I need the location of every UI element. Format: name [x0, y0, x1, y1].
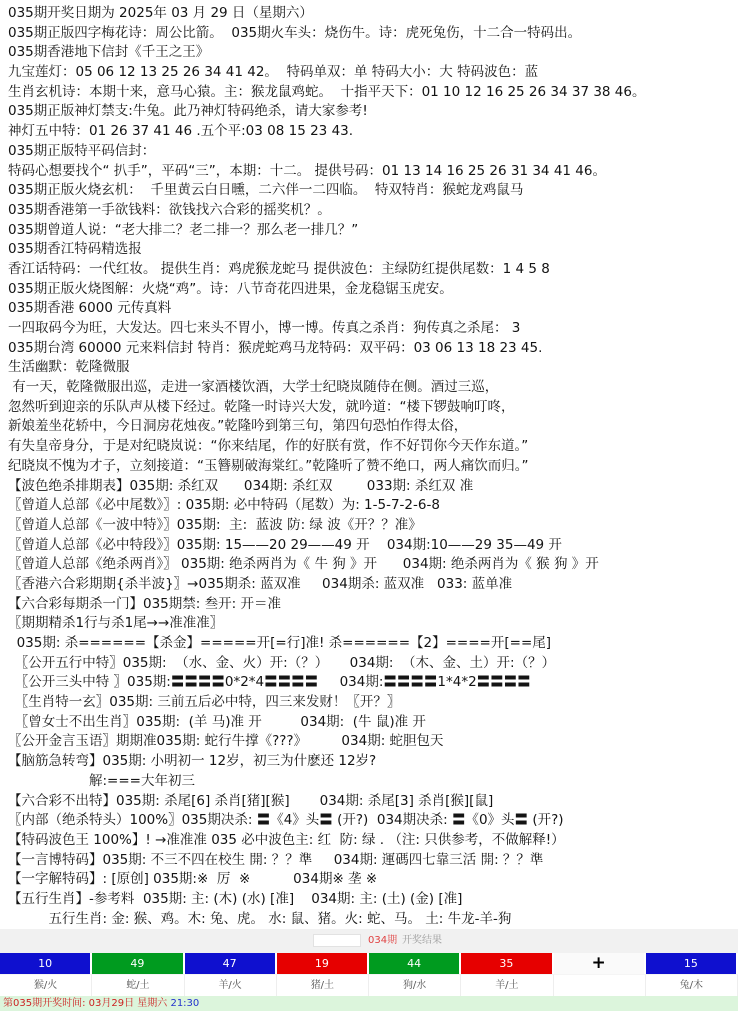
result-ball-column: 19猪/土: [277, 953, 369, 996]
text-line: 生肖玄机诗：本期十来，意马心猿。主：猴龙鼠鸡蛇。 十指平天下：01 10 12 …: [8, 83, 738, 103]
ball-zodiac-label: 猪/土: [277, 974, 369, 996]
text-line: 【脑筋急转弯】035期: 小明初一 12岁，初三为什麽还 12岁?: [8, 752, 738, 772]
text-line: 035期开奖日期为 2025年 03 月 29 日（星期六）: [8, 4, 738, 24]
text-line: 〖曾道人总部《必中尾数》〗: 035期: 必中特码（尾数）为: 1-5-7-2-…: [8, 496, 738, 516]
text-line: 忽然听到迎亲的乐队声从楼下经过。乾隆一时诗兴大发，就吟道：“楼下锣鼓响叮咚，: [8, 398, 738, 418]
text-line: 〖曾女士不出生肖〗035期: (羊 马)准 开 034期: (牛 鼠)准 开: [8, 713, 738, 733]
text-line: 香江话特码：一代红妆。 提供生肖：鸡虎猴龙蛇马 提供波色：主绿防红提供尾数：1 …: [8, 260, 738, 280]
text-line: 035期香江特码精选报: [8, 240, 738, 260]
text-line: 【波色绝杀排期表】035期: 杀红双 034期: 杀红双 033期: 杀红双 准: [8, 477, 738, 497]
result-ball-bar: 10猴/火49蛇/土47羊/火19猪/土44狗/水35羊/土+15兔/木: [0, 953, 738, 996]
text-line: 纪晓岚不愧为才子，立刻接道：“玉簪剔破海棠红。”乾隆听了赞不绝口，两人痛饮而归。…: [8, 457, 738, 477]
text-line: 〖内部（绝杀特头）100%〗035期决杀: 〓《4》头〓 (开?) 034期决杀…: [8, 811, 738, 831]
text-line: 〖曾道人总部《一波中特》〗035期: 主: 蓝波 防: 绿 波《开？？准》: [8, 516, 738, 536]
text-line: 035期台湾 60000 元来料信封 特肖：猴虎蛇鸡马龙特码：双平码：03 06…: [8, 339, 738, 359]
text-line: 035期香港地下信封《千王之王》: [8, 43, 738, 63]
text-line: 035期正版火烧图解：火烧“鸡”。诗：八节奇花四进果，金龙稳锯玉虎安。: [8, 280, 738, 300]
text-line: 035期正版火烧玄机： 千里黄云白日曛，二六伴一二四临。 特双特肖：猴蛇龙鸡鼠马: [8, 181, 738, 201]
result-strip: 034期 开奖结果: [0, 929, 738, 953]
text-line: 035期正版特平码信封：: [8, 142, 738, 162]
ball-number: 15: [646, 953, 738, 974]
text-line: 特码心想要找个“ 扒手”，平码“三”，本期：十二。 提供号码：01 13 14 …: [8, 162, 738, 182]
result-ball-column: 49蛇/土: [92, 953, 184, 996]
text-line: 一四取码今为旺，大发达。四七来头不胃小，博一博。传真之杀肖：狗传真之杀尾： 3: [8, 319, 738, 339]
ball-number: 19: [277, 953, 369, 974]
text-line: 【一言博特码】035期: 不三不四在校生 開: ？？準 034期: 運碼四七靠三…: [8, 851, 738, 871]
text-line: 035期正版神灯禁支:牛兔。此乃神灯特码绝杀，请大家参考!: [8, 102, 738, 122]
ball-zodiac-label: 狗/水: [369, 974, 461, 996]
text-line: 035期香港第一手欲钱料：欲钱找六合彩的摇奖机？。: [8, 201, 738, 221]
ball-zodiac-label: 猴/火: [0, 974, 92, 996]
text-line: 【特码波色王 100%】! →准准准 035 必中波色主: 红 防: 绿 . （…: [8, 831, 738, 851]
ball-zodiac-label: 兔/木: [646, 974, 738, 996]
ball-zodiac-label: 蛇/土: [92, 974, 184, 996]
text-line: 【五行生肖】-参考料 035期: 主: (木) (水) [准] 034期: 主:…: [8, 890, 738, 910]
next-draw-date: 第035期开奖时间: 03月29日 星期六: [3, 998, 170, 1009]
text-line: 035期正版四字梅花诗：周公比箭。 035期火车头：烧伤牛。诗：虎死兔伤，十二合…: [8, 24, 738, 44]
text-line: 新娘羞坐花轿中，今日洞房花烛夜。”乾隆吟到第三句，第四句恐怕作得太俗，: [8, 417, 738, 437]
text-line: 〖公开三头中特 〗035期:〓〓〓〓0*2*4〓〓〓〓 034期:〓〓〓〓1*4…: [8, 673, 738, 693]
plus-column: +: [554, 953, 646, 996]
ball-zodiac-label: [554, 974, 646, 996]
text-line: 九宝莲灯：05 06 12 13 25 26 34 41 42。 特码单双：单 …: [8, 63, 738, 83]
ball-number: 49: [92, 953, 184, 974]
text-line: 〖香港六合彩期期{杀半波}〗→035期杀: 蓝双准 034期杀: 蓝双准 033…: [8, 575, 738, 595]
text-line: 〖公开金言玉语〗期期准035期: 蛇行牛撑《???》 034期: 蛇胆包天: [8, 732, 738, 752]
text-line: 生活幽默：乾隆微服: [8, 358, 738, 378]
text-line: 五行生肖: 金: 猴、鸡。木: 兔、虎。 水: 鼠、猪。火: 蛇、马。 土: 牛…: [8, 910, 738, 930]
text-line: 〖曾道人总部《绝杀两肖》〗 035期: 绝杀两肖为《 牛 狗 》开 034期: …: [8, 555, 738, 575]
tip-content: 035期开奖日期为 2025年 03 月 29 日（星期六）035期正版四字梅花…: [0, 0, 738, 929]
text-line: 〖期期精杀1行与杀1尾→→准准准〗: [8, 614, 738, 634]
next-draw-time: 21:30: [170, 998, 199, 1009]
text-line: 有失皇帝身分，于是对纪晓岚说：“你来结尾，作的好朕有赏，作不好罚你今天作东道。”: [8, 437, 738, 457]
result-ball-column: 35羊/土: [461, 953, 553, 996]
ball-number: 44: [369, 953, 461, 974]
text-line: 〖公开五行中特〗035期: （水、金、火）开:（？） 034期: （木、金、土）…: [8, 654, 738, 674]
text-line: 神灯五中特：01 26 37 41 46 .五个平:03 08 15 23 43…: [8, 122, 738, 142]
ball-number: 47: [185, 953, 277, 974]
text-line: 035期香港 6000 元传真料: [8, 299, 738, 319]
text-line: 【六合彩不出特】035期: 杀尾[6] 杀肖[猪][猴] 034期: 杀尾[3]…: [8, 792, 738, 812]
text-line: 【一字解特码】: [原创] 035期:※ 厉 ※ 034期※ 垄 ※: [8, 870, 738, 890]
text-line: 035期: 杀======【杀金】=====开[=行]准! 杀======【2】…: [8, 634, 738, 654]
draw-time-bar: 第035期开奖时间: 03月29日 星期六 21:30: [0, 996, 738, 1011]
result-label: 开奖结果: [402, 929, 442, 953]
plus-icon: +: [554, 953, 646, 974]
period-input[interactable]: [313, 934, 361, 947]
text-line: 〖生肖特一玄〗035期: 三前五后必中特，四三来发财！〖开？〗: [8, 693, 738, 713]
result-period: 034期: [368, 929, 397, 953]
text-line: 有一天，乾隆微服出巡，走进一家酒楼饮酒，大学士纪晓岚随侍在侧。酒过三巡，: [8, 378, 738, 398]
text-line: 〖曾道人总部《必中特段》〗035期: 15——20 29——49 开 034期:…: [8, 536, 738, 556]
result-ball-column: 10猴/火: [0, 953, 92, 996]
ball-zodiac-label: 羊/火: [185, 974, 277, 996]
result-ball-column: 15兔/木: [646, 953, 738, 996]
result-ball-column: 47羊/火: [185, 953, 277, 996]
text-line: 035期曾道人说：“老大排二？老二排一？那么老一排几？”: [8, 221, 738, 241]
ball-zodiac-label: 羊/土: [461, 974, 553, 996]
text-line: 解:===大年初三: [8, 772, 738, 792]
ball-number: 35: [461, 953, 553, 974]
result-ball-column: 44狗/水: [369, 953, 461, 996]
ball-number: 10: [0, 953, 92, 974]
lottery-tip-sheet: 035期开奖日期为 2025年 03 月 29 日（星期六）035期正版四字梅花…: [0, 0, 738, 1011]
text-line: 【六合彩每期杀一门】035期禁: 叁开: 开＝准: [8, 595, 738, 615]
